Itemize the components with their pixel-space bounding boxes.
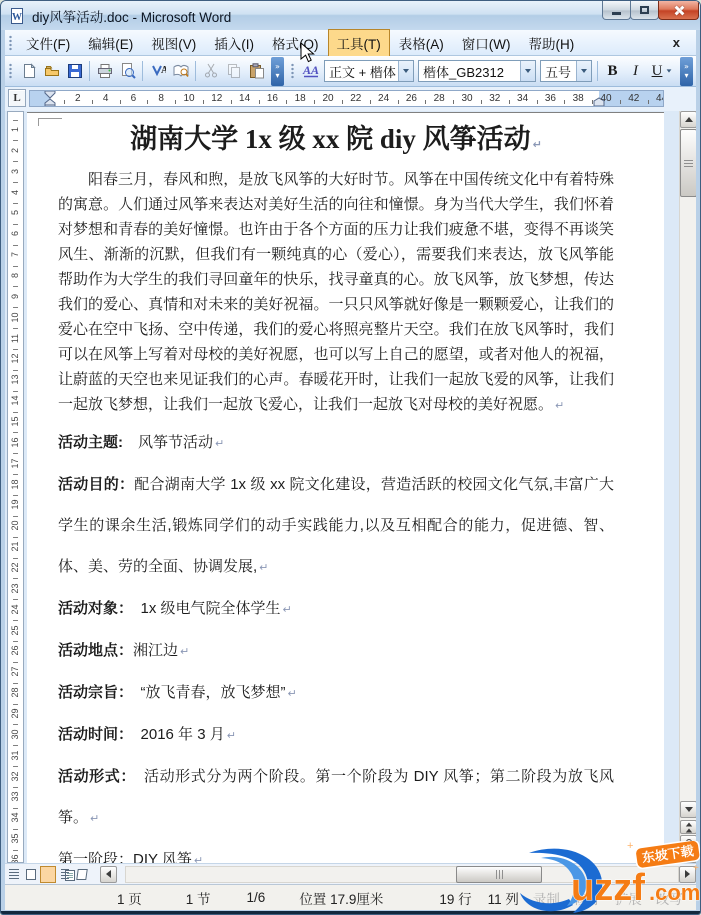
ruler-tick — [13, 787, 18, 788]
paragraph-mark-icon: ↵ — [283, 603, 292, 616]
paragraph-text: “放飞青春，放飞梦想” — [126, 684, 286, 701]
ruler-tick — [13, 641, 18, 642]
ruler-number: 11 — [10, 331, 21, 346]
ruler-tick — [13, 432, 18, 433]
menu-item-4[interactable]: 插入(I) — [205, 29, 263, 57]
ruler-tick — [231, 100, 232, 104]
outline-view-icon — [61, 869, 69, 880]
paragraph-mark-icon: ↵ — [533, 138, 542, 151]
chevron-down-icon — [581, 69, 587, 73]
ruler-number: 10 — [10, 310, 21, 325]
chevron-right-icon: » — [275, 63, 280, 70]
ruler-number: 3 — [10, 164, 21, 179]
svg-text:A: A — [161, 65, 166, 76]
paragraph[interactable]: 活动目的：配合湖南大学 1x 级 xx 院文化建设，营造活跃的校园文化气氛,丰富… — [58, 464, 614, 588]
paragraph-text: 湘江边 — [133, 642, 178, 659]
maximize-icon — [640, 6, 649, 14]
ruler-tick — [481, 100, 482, 104]
triangle-down-icon — [685, 807, 693, 812]
font-value: 楷体_GB2312 — [419, 62, 520, 81]
ruler-tick — [398, 100, 399, 104]
paragraph[interactable]: 活动时间： 2016 年 3 月↵ — [58, 714, 614, 756]
ruler-number: 22 — [10, 560, 21, 575]
toolbar-separator — [142, 61, 143, 81]
triangle-left-icon — [106, 870, 111, 878]
normal-view-icon — [9, 869, 19, 880]
ruler-number: 5 — [10, 205, 21, 220]
minimize-icon — [612, 12, 621, 15]
horizontal-scroll-thumb[interactable] — [456, 866, 542, 883]
ruler-tick — [509, 100, 510, 104]
paragraph[interactable]: 阳春三月，春风和煦，是放飞风筝的大好时节。风筝在中国传统文化中有着特殊的寓意。人… — [58, 167, 614, 418]
ruler-number: 22 — [350, 92, 361, 106]
ruler-tick — [13, 829, 18, 830]
ruler-tick — [120, 100, 121, 104]
ruler-tick — [175, 100, 176, 104]
ruler-number: 33 — [10, 789, 21, 804]
ruler-tick — [620, 100, 621, 104]
horizontal-ruler[interactable]: 2468101214161820222426283032343638404244 — [29, 90, 664, 107]
menu-item-2[interactable]: 编辑(E) — [79, 29, 142, 57]
new-document-button[interactable] — [17, 60, 40, 83]
ruler-tick — [13, 745, 18, 746]
ruler-tick — [13, 370, 18, 371]
font-size-combobox[interactable]: 五号 — [540, 60, 592, 82]
reading-layout-icon — [76, 869, 88, 880]
ruler-number: 42 — [628, 92, 639, 106]
ruler-tick — [342, 100, 343, 104]
ruler-tick — [314, 100, 315, 104]
ruler-tick — [13, 412, 18, 413]
paragraph-mark-icon: ↵ — [194, 854, 203, 863]
status-page: 1 页 — [117, 888, 142, 908]
paragraph-text: 1x 级电气院全体学生 — [126, 600, 281, 617]
ruler-number: 26 — [10, 643, 21, 658]
ruler-tick — [13, 474, 18, 475]
toolbar-separator — [89, 61, 90, 81]
underline-label: U — [652, 63, 663, 80]
paragraph-label: 活动形式： — [58, 768, 128, 785]
tab-selector-button[interactable]: L — [8, 89, 26, 107]
window-title: diy风筝活动.doc - Microsoft Word — [32, 6, 231, 26]
title-bar[interactable]: W diy风筝活动.doc - Microsoft Word — [1, 1, 700, 30]
ruler-number: 19 — [10, 497, 21, 512]
ruler-tick — [13, 683, 18, 684]
ruler-tick — [13, 161, 18, 162]
menu-bar: 文件(F)编辑(E)视图(V)插入(I)格式(O)工具(T)表格(A)窗口(W)… — [5, 30, 696, 56]
chevron-down-icon: ▾ — [684, 72, 688, 79]
ruler-number: 24 — [378, 92, 389, 106]
document-area: 1234567891011121314151617181920212223242… — [5, 111, 696, 863]
ruler-number: 28 — [434, 92, 445, 106]
print-layout-view-button[interactable] — [40, 866, 56, 883]
horizontal-scroll-row — [5, 863, 696, 884]
ruler-number: 34 — [10, 810, 21, 825]
paragraph-text: 配合湖南大学 1x 级 xx 院文化建设，营造活跃的校园文化气氛,丰富广大学生的… — [58, 476, 614, 575]
paragraph[interactable]: 活动形式： 活动形式分为两个阶段。第一个阶段为 DIY 风筝；第二阶段为放飞风筝… — [58, 756, 614, 839]
ruler-number: 18 — [295, 92, 306, 106]
svg-text:AA: AA — [301, 63, 318, 77]
ruler-tick — [13, 120, 18, 121]
ruler-tick — [64, 100, 65, 104]
paragraph-text: 阳春三月，春风和煦，是放飞风筝的大好时节。风筝在中国传统文化中有着特殊的寓意。人… — [58, 171, 614, 413]
ruler-number: 14 — [10, 393, 21, 408]
ruler-number: 34 — [517, 92, 528, 106]
paragraph[interactable]: 活动对象： 1x 级电气院全体学生↵ — [58, 588, 614, 630]
copy-button — [222, 60, 245, 83]
previous-page-button[interactable] — [680, 820, 696, 834]
ruler-number: 27 — [10, 664, 21, 679]
ruler-tick — [13, 850, 18, 851]
ruler-tick — [13, 391, 18, 392]
ruler-number: 12 — [10, 351, 21, 366]
ruler-tick — [13, 140, 18, 141]
ruler-tick — [13, 537, 18, 538]
open-button[interactable] — [40, 60, 63, 83]
ruler-number: 25 — [10, 623, 21, 638]
scroll-right-button[interactable] — [679, 866, 696, 883]
ruler-number: 16 — [10, 435, 21, 450]
bold-label: B — [607, 63, 617, 80]
chevron-down-icon: ▾ — [275, 72, 279, 79]
toolbar-options-button[interactable]: » ▾ — [680, 57, 693, 86]
ruler-number: 6 — [131, 92, 137, 106]
ruler-tick — [564, 100, 565, 104]
paragraph-text: 风筝节活动 — [123, 434, 213, 451]
ruler-number: 2 — [75, 92, 81, 106]
ruler-tick — [13, 286, 18, 287]
svg-text:W: W — [12, 12, 22, 23]
copy-icon — [226, 63, 242, 79]
status-toggle-录制[interactable]: 录制 — [533, 888, 560, 908]
menu-item-8[interactable]: 窗口(W) — [453, 29, 520, 57]
word-window: W diy风筝活动.doc - Microsoft Word 文件(F)编辑(E… — [0, 0, 701, 915]
paragraph-mark-icon: ↵ — [288, 687, 297, 700]
ruler-tick — [13, 662, 18, 663]
print-button[interactable] — [93, 60, 116, 83]
ruler-tick — [13, 307, 18, 308]
cut-button — [199, 60, 222, 83]
ruler-number: 8 — [10, 268, 21, 283]
double-down-icon — [685, 851, 693, 862]
cut-scissors-icon — [203, 63, 219, 79]
ruler-number: 38 — [573, 92, 584, 106]
ruler-number: 30 — [461, 92, 472, 106]
paragraph-label: 活动主题: — [58, 434, 123, 451]
ruler-tick — [425, 100, 426, 104]
ruler-number: 20 — [322, 92, 333, 106]
paragraph-text: 活动形式分为两个阶段。第一个阶段为 DIY 风筝；第二阶段为放飞风筝。 — [58, 768, 614, 826]
paragraph-mark-icon: ↵ — [259, 561, 268, 574]
ruler-number: 29 — [10, 706, 21, 721]
ruler-number: 36 — [10, 852, 21, 863]
print-icon — [97, 63, 113, 79]
ruler-tick — [13, 203, 18, 204]
ruler-number: 21 — [10, 539, 21, 554]
ruler-tick — [13, 328, 18, 329]
status-bar: 1 页 1 节 1/6 位置 17.9厘米 19 行 11 列 录制修订扩展改写… — [5, 884, 696, 910]
ruler-tick — [13, 453, 18, 454]
new-document-icon — [21, 63, 37, 79]
italic-button[interactable]: I — [624, 60, 647, 83]
ruler-number: 4 — [103, 92, 109, 106]
ruler-number: 44 — [656, 92, 664, 106]
paragraph-mark-icon: ↵ — [90, 812, 99, 825]
status-toggles: 录制修订扩展改写 — [519, 888, 683, 908]
status-column: 11 列 — [488, 888, 519, 908]
paragraph-mark-icon: ↵ — [227, 729, 236, 742]
scroll-left-button[interactable] — [100, 866, 117, 883]
ruler-number: 26 — [406, 92, 417, 106]
horizontal-scroll-track[interactable] — [125, 866, 679, 883]
save-icon — [67, 63, 83, 79]
ruler-tick — [13, 516, 18, 517]
close-button[interactable] — [658, 1, 699, 20]
ruler-number: 23 — [10, 581, 21, 596]
toolbar-separator — [195, 61, 196, 81]
close-icon — [673, 5, 684, 16]
double-up-icon — [685, 822, 693, 833]
ruler-tick — [370, 100, 371, 104]
browse-dot-icon — [686, 839, 692, 845]
ruler-number: 4 — [10, 185, 21, 200]
document-content: 湖南大学 1x 级 xx 院 diy 风筝活动↵阳春三月，春风和煦，是放飞风筝的… — [58, 117, 614, 863]
reading-layout-view-button[interactable] — [74, 866, 90, 883]
chinese-translate-button[interactable]: A — [146, 60, 169, 83]
menu-item-5[interactable]: 格式(O) — [263, 29, 328, 57]
formatting-toolbar-grip[interactable] — [290, 63, 295, 79]
ruler-number: 6 — [10, 226, 21, 241]
window-bottom-edge — [1, 911, 700, 914]
ruler-tick — [13, 495, 18, 496]
ruler-number: 7 — [10, 247, 21, 262]
paragraph-label: 活动对象： — [58, 600, 126, 617]
paragraph-text: 第一阶段：DIY 风筝 — [58, 851, 192, 863]
ruler-tick — [259, 100, 260, 104]
ruler-number: 1 — [10, 122, 21, 137]
status-toggle-扩展[interactable]: 扩展 — [615, 888, 642, 908]
standard-toolbar-grip[interactable] — [8, 63, 13, 79]
menu-grip-handle[interactable] — [8, 35, 13, 51]
ruler-tick — [13, 599, 18, 600]
paragraph[interactable]: 活动主题: 风筝节活动↵ — [58, 422, 614, 464]
print-preview-icon — [120, 63, 136, 79]
ruler-number: 15 — [10, 414, 21, 429]
ruler-tick — [13, 349, 18, 350]
paragraph-label: 活动地点： — [58, 642, 133, 659]
ruler-number: 8 — [158, 92, 164, 106]
ruler-number: 31 — [10, 748, 21, 763]
ruler-row: L 24681012141618202224262830323436384042… — [5, 87, 696, 111]
styles-and-formatting-icon: AA — [301, 62, 321, 80]
left-indent-marker[interactable] — [44, 90, 56, 107]
ruler-tick — [13, 766, 18, 767]
ruler-number: 17 — [10, 456, 21, 471]
ruler-number: 32 — [489, 92, 500, 106]
font-size-value: 五号 — [541, 62, 576, 81]
ruler-number: 32 — [10, 769, 21, 784]
chinese-translate-icon: A — [150, 63, 166, 79]
scroll-up-button[interactable] — [680, 111, 696, 128]
paragraph-label: 活动目的： — [58, 476, 134, 493]
menu-item-1[interactable]: 文件(F) — [17, 29, 79, 57]
chevron-down-icon — [667, 69, 672, 72]
ruler-tick — [13, 224, 18, 225]
ruler-tick — [13, 245, 18, 246]
mouse-cursor — [300, 42, 316, 64]
paste-clipboard-icon — [249, 63, 265, 79]
toolbar-separator — [597, 61, 598, 81]
next-page-button[interactable] — [680, 850, 696, 863]
toolbar: A » ▾ AA 正文 + 楷体 楷体 — [5, 56, 696, 87]
chevron-down-icon — [403, 69, 409, 73]
vertical-scrollbar[interactable] — [679, 111, 696, 863]
minimize-button[interactable] — [602, 1, 631, 20]
italic-label: I — [633, 63, 638, 80]
ruler-number: 2 — [10, 143, 21, 158]
style-dropdown-button[interactable] — [398, 61, 413, 81]
document-close-button[interactable]: x — [669, 35, 684, 50]
menu-item-9[interactable]: 帮助(H) — [519, 29, 583, 57]
ruler-tick — [203, 100, 204, 104]
font-size-dropdown-button[interactable] — [576, 61, 591, 81]
paragraph[interactable]: 第一阶段：DIY 风筝↵ — [58, 839, 614, 863]
web-layout-view-button[interactable] — [23, 866, 39, 883]
open-folder-icon — [44, 63, 60, 79]
paragraph[interactable]: 活动宗旨： “放飞青春，放飞梦想”↵ — [58, 672, 614, 714]
normal-view-button[interactable] — [6, 866, 22, 883]
select-browse-object-button[interactable] — [680, 835, 696, 849]
menu-item-6[interactable]: 工具(T) — [328, 29, 390, 57]
ruler-number: 18 — [10, 477, 21, 492]
paragraph-label: 活动时间： — [58, 726, 126, 743]
ruler-tick — [13, 578, 18, 579]
scroll-down-button[interactable] — [680, 801, 696, 818]
document-title[interactable]: 湖南大学 1x 级 xx 院 diy 风筝活动↵ — [58, 117, 614, 167]
bold-button[interactable]: B — [601, 60, 624, 83]
triangle-right-icon — [685, 870, 690, 878]
ruler-tick — [13, 558, 18, 559]
ruler-tick — [13, 182, 18, 183]
status-line: 19 行 — [439, 888, 471, 908]
ruler-number: 10 — [183, 92, 194, 106]
ruler-number: 30 — [10, 727, 21, 742]
ruler-tick — [13, 266, 18, 267]
paragraph-text: 2016 年 3 月 — [126, 726, 225, 743]
underline-button[interactable]: U — [647, 60, 677, 83]
vertical-scroll-thumb[interactable] — [680, 129, 696, 197]
font-dropdown-button[interactable] — [520, 61, 535, 81]
paste-button[interactable] — [245, 60, 268, 83]
ruler-number: 16 — [267, 92, 278, 106]
paragraph-text: 湖南大学 1x 级 xx 院 diy 风筝活动 — [130, 124, 531, 154]
paragraph-label: 活动宗旨： — [58, 684, 126, 701]
research-button[interactable] — [169, 60, 192, 83]
maximize-button[interactable] — [630, 1, 659, 20]
print-preview-button[interactable] — [116, 60, 139, 83]
ruler-number: 20 — [10, 518, 21, 533]
menu-item-3[interactable]: 视图(V) — [142, 29, 205, 57]
triangle-up-icon — [685, 117, 693, 122]
ruler-tick — [13, 808, 18, 809]
ruler-number: 36 — [545, 92, 556, 106]
research-book-icon — [173, 63, 189, 79]
ruler-tick — [286, 100, 287, 104]
chevron-right-icon: » — [684, 63, 689, 70]
ruler-tick — [147, 100, 148, 104]
paragraph[interactable]: 活动地点：湘江边↵ — [58, 630, 614, 672]
font-combobox[interactable]: 楷体_GB2312 — [418, 60, 536, 82]
status-toggle-修订[interactable]: 修订 — [574, 888, 601, 908]
web-layout-icon — [26, 869, 36, 880]
thumb-grip-icon — [684, 160, 693, 167]
ruler-number: 12 — [211, 92, 222, 106]
ruler-tick — [92, 100, 93, 104]
ruler-number: 13 — [10, 372, 21, 387]
ruler-number: 9 — [10, 289, 21, 304]
paragraph-mark-icon: ↵ — [180, 645, 189, 658]
ruler-number: 40 — [600, 92, 611, 106]
ruler-tick — [453, 100, 454, 104]
ruler-tick — [592, 100, 593, 104]
menu-item-7[interactable]: 表格(A) — [390, 29, 453, 57]
vertical-ruler[interactable]: 1234567891011121314151617181920212223242… — [7, 111, 24, 863]
ruler-number: 24 — [10, 602, 21, 617]
thumb-grip-icon — [496, 870, 503, 879]
paragraph-mark-icon: ↵ — [215, 437, 224, 450]
ruler-tick — [537, 100, 538, 104]
ruler-tick — [13, 724, 18, 725]
status-page-of-total: 1/6 — [247, 890, 266, 905]
status-toggle-改写[interactable]: 改写 — [656, 888, 683, 908]
toolbar-options-button[interactable]: » ▾ — [271, 57, 284, 86]
ruler-number: 14 — [239, 92, 250, 106]
ruler-tick — [13, 704, 18, 705]
style-combobox[interactable]: 正文 + 楷体 — [324, 60, 414, 82]
chevron-down-icon — [525, 69, 531, 73]
document-page[interactable]: 湖南大学 1x 级 xx 院 diy 风筝活动↵阳春三月，春风和煦，是放飞风筝的… — [27, 112, 664, 863]
ruler-number: 28 — [10, 685, 21, 700]
save-button[interactable] — [63, 60, 86, 83]
style-value: 正文 + 楷体 — [325, 62, 398, 81]
status-section: 1 节 — [186, 888, 211, 908]
ruler-tick — [13, 620, 18, 621]
paragraph-mark-icon: ↵ — [555, 399, 564, 412]
status-position: 位置 17.9厘米 — [299, 888, 383, 908]
word-document-icon: W — [9, 8, 25, 24]
ruler-tick — [648, 100, 649, 104]
ruler-number: 35 — [10, 831, 21, 846]
